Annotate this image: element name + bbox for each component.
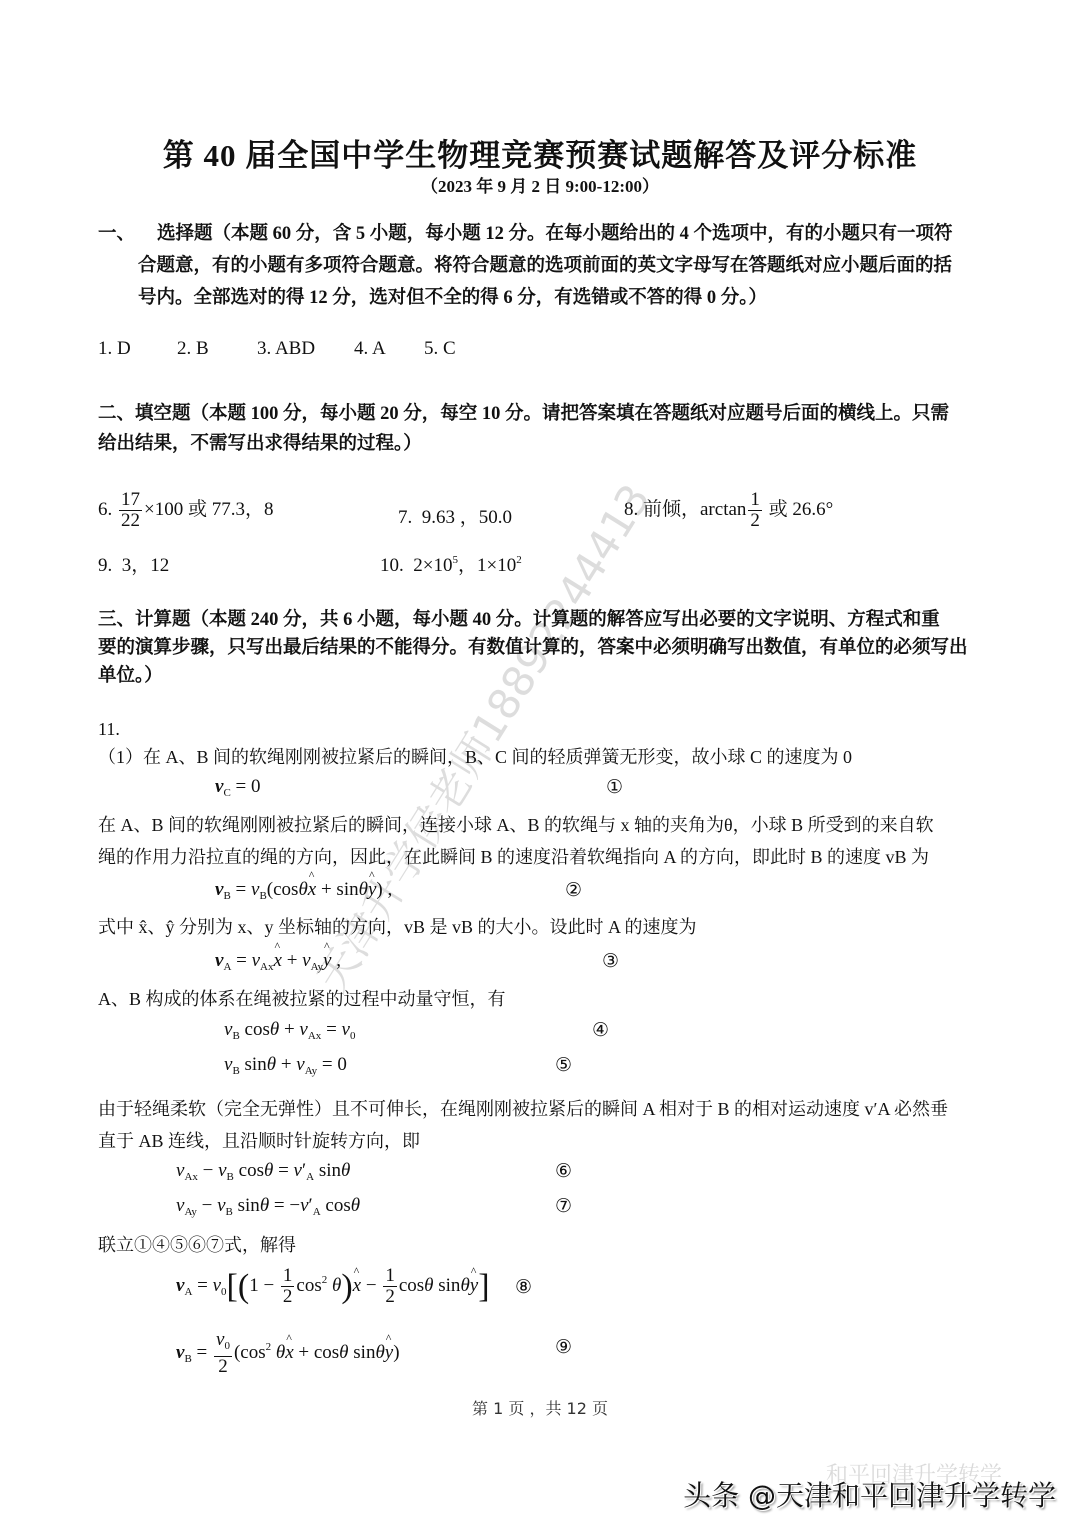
section2-line1: 二、填空题（本题 100 分，每小题 20 分，每空 10 分。请把答案填在答题… — [98, 398, 949, 431]
paragraph-3: 式中 x̂、ŷ 分别为 x、y 坐标轴的方向，vB 是 vB 的大小。设此时 A… — [98, 910, 697, 944]
section1-line2: 合题意，有的小题有多项符合题意。将符合题意的选项前面的英文字母写在答题纸对应小题… — [138, 250, 952, 283]
paragraph-2b: 绳的作用力沿拉直的绳的方向，因此，在此瞬间 B 的速度沿着软绳指向 A 的方向，… — [98, 840, 929, 874]
answer-10: 10. 2×105，1×102 — [380, 550, 522, 577]
source-brand-label: 头条 @天津和平回津升学转学 — [683, 1474, 1056, 1514]
equation-7: vAy − vB sinθ = −v′A cosθ — [176, 1195, 360, 1218]
answer-4: 4. A — [354, 338, 386, 360]
section1-marker: 一、 — [98, 218, 135, 251]
equation-3: vA = vAxx + vAyy , — [215, 950, 341, 973]
equation-tag-5: ⑤ — [555, 1054, 572, 1077]
equation-tag-6: ⑥ — [555, 1160, 572, 1183]
page-title: 第 40 届全国中学生物理竞赛预赛试题解答及评分标准 — [0, 130, 1080, 175]
section1-line3: 号内。全部选对的得 12 分，选对但不全的得 6 分，有选错或不答的得 0 分。… — [138, 282, 767, 315]
equation-tag-4: ④ — [592, 1019, 609, 1042]
equation-tag-8: ⑧ — [515, 1276, 532, 1299]
section3-line3: 单位。） — [98, 660, 163, 693]
paragraph-5b: 直于 AB 连线，且沿顺时针旋转方向，即 — [98, 1124, 420, 1158]
answer-6: 6. 1722×100 或 77.3，8 — [98, 490, 273, 531]
answer-2: 2. B — [177, 338, 209, 360]
answer-1: 1. D — [98, 338, 131, 360]
fraction: 1722 — [119, 490, 142, 531]
paragraph-6: 联立①④⑤⑥⑦式，解得 — [98, 1228, 296, 1262]
paragraph-2a: 在 A、B 间的软绳刚刚被拉紧后的瞬间，连接小球 A、B 的软绳与 x 轴的夹角… — [98, 808, 934, 842]
equation-tag-9: ⑨ — [555, 1336, 572, 1359]
page-subtitle: （2023 年 9 月 2 日 9:00-12:00） — [0, 172, 1080, 197]
answer-9: 9. 3，12 — [98, 550, 169, 577]
answer-8: 8. 前倾，arctan12 或 26.6° — [624, 490, 833, 531]
page-number: 第 1 页 ，共 12 页 — [0, 1396, 1080, 1419]
equation-tag-2: ② — [565, 879, 582, 902]
equation-4: vB cosθ + vAx = v0 — [224, 1019, 355, 1042]
section2-line2: 给出结果，不需写出求得结果的过程。） — [98, 428, 422, 461]
answer-3: 3. ABD — [257, 338, 315, 360]
paragraph-1: （1）在 A、B 间的软绳刚刚被拉紧后的瞬间，B、C 间的轻质弹簧无形变，故小球… — [98, 740, 852, 774]
equation-5: vB sinθ + vAy = 0 — [224, 1054, 347, 1077]
answer-5: 5. C — [424, 338, 456, 360]
equation-tag-1: ① — [606, 776, 623, 799]
equation-1: vC = 0 — [215, 776, 261, 799]
equation-tag-3: ③ — [602, 950, 619, 973]
section1-line1: 选择题（本题 60 分，含 5 小题，每小题 12 分。在每小题给出的 4 个选… — [157, 218, 953, 251]
answer-7: 7. 9.63 ，50.0 — [398, 502, 512, 529]
equation-2: vB = vB(cosθx + sinθy) , — [215, 879, 392, 902]
paragraph-5a: 由于轻绳柔软（完全无弹性）且不可伸长，在绳刚刚被拉紧后的瞬间 A 相对于 B 的… — [98, 1092, 948, 1126]
equation-6: vAx − vB cosθ = v′A sinθ — [176, 1160, 350, 1183]
equation-tag-7: ⑦ — [555, 1195, 572, 1218]
equation-8: vA = v0[(1 − 12cos2 θ)x − 12cosθ sinθy] — [176, 1266, 490, 1307]
paragraph-4: A、B 构成的体系在绳被拉紧的过程中动量守恒，有 — [98, 982, 506, 1016]
equation-9: vB = v02(cos2 θx + cosθ sinθy) — [176, 1330, 400, 1377]
section3-line2: 要的演算步骤，只写出最后结果的不能得分。有数值计算的，答案中必须明确写出数值，有… — [98, 632, 968, 665]
